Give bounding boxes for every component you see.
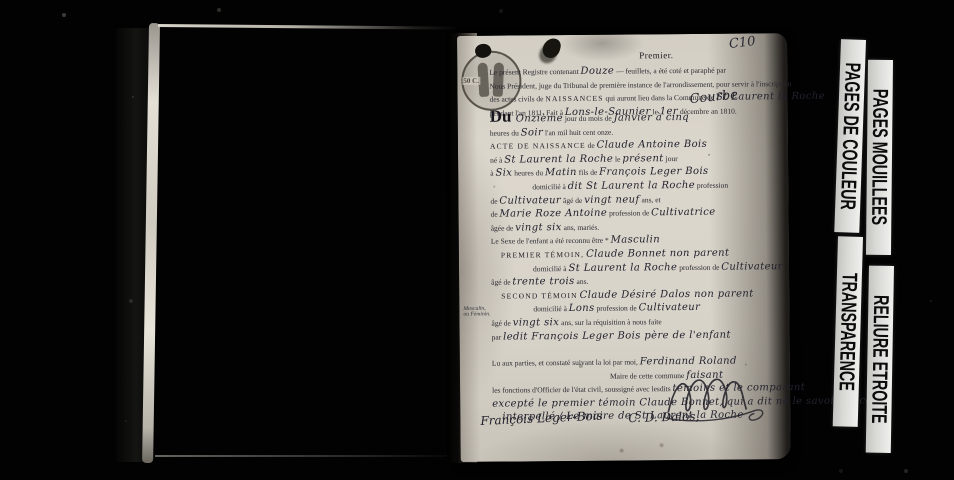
- text-line: SECOND TÉMOIN Claude Désiré Dalos non pa…: [501, 287, 779, 303]
- text-line: Lu aux parties, et constaté suivant la l…: [492, 354, 780, 370]
- text-line: domicilié à St Laurent la Roche professi…: [533, 260, 779, 276]
- witness-signature: C. D. Dalos,: [629, 409, 700, 425]
- microfilm-scan: 50 C. Premier. C10 Le présent Registre c…: [0, 0, 954, 480]
- film-label-reliure-etroite: RELIURE ETROITE: [866, 266, 894, 453]
- film-label-transparence: TRANSPARENCE: [833, 236, 863, 427]
- ink-blot: [541, 36, 562, 60]
- stamp-value: 50 C.: [462, 77, 480, 85]
- film-label-text: PAGES DE COULEUR: [835, 62, 865, 210]
- register-page: 50 C. Premier. C10 Le présent Registre c…: [457, 33, 791, 462]
- page-order-label: Premier.: [639, 50, 673, 60]
- film-label-pages-mouillees: PAGES MOUILLEES: [866, 60, 893, 255]
- film-label-pages-de-couleur: PAGES DE COULEUR: [834, 39, 866, 233]
- text-line: par ledit François Leger Bois père de l'…: [492, 328, 780, 344]
- film-label-text: PAGES MOUILLEES: [866, 89, 892, 225]
- film-dust-specks: [0, 0, 2, 2]
- film-label-text: RELIURE ETROITE: [866, 295, 893, 424]
- film-label-text: TRANSPARENCE: [834, 272, 862, 391]
- father-signature: François Leger-Bois: [480, 409, 603, 428]
- page-bottom-edge-line: [155, 455, 463, 457]
- page-top-edge-line: [158, 24, 458, 30]
- sex-margin-note: Masculin, ou Féminin.: [463, 306, 490, 317]
- signatures-row: François Leger-Bois C. D. Dalos,: [480, 409, 760, 425]
- paper-stains: [457, 36, 459, 38]
- folio-number: C10: [728, 34, 756, 52]
